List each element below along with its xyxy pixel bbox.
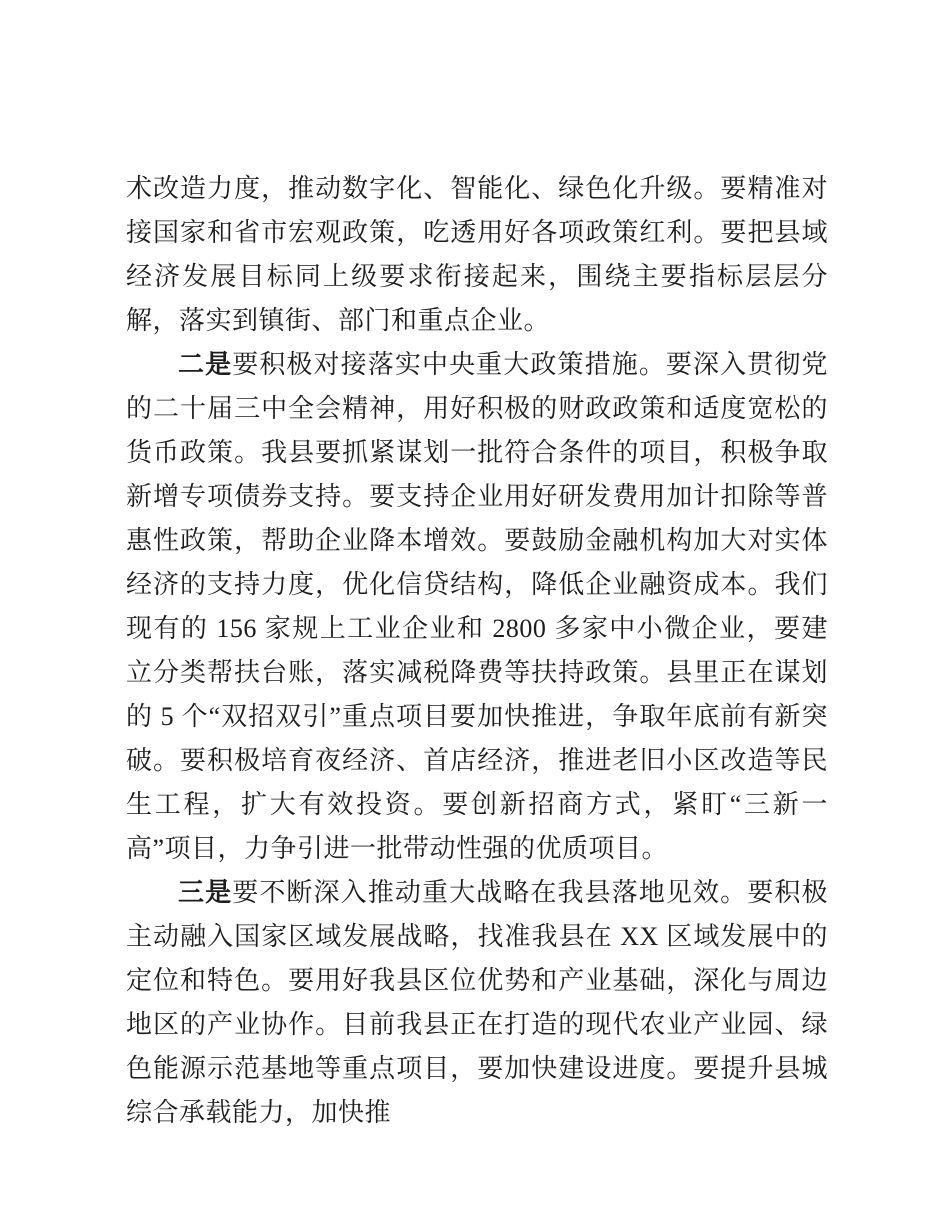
paragraph-text: 要积极对接落实中央重大政策措施。要深入贯彻党的二十届三中全会精神，用好积极的财政… (126, 350, 828, 863)
paragraph-lead-bold: 三是 (178, 878, 232, 907)
paragraph-continuation: 术改造力度，推动数字化、智能化、绿色化升级。要精准对接国家和省市宏观政策，吃透用… (126, 167, 828, 343)
paragraph-text: 术改造力度，推动数字化、智能化、绿色化升级。要精准对接国家和省市宏观政策，吃透用… (126, 174, 828, 335)
document-body: 术改造力度，推动数字化、智能化、绿色化升级。要精准对接国家和省市宏观政策，吃透用… (126, 167, 828, 1135)
paragraph-text: 要不断深入推动重大战略在我县落地见效。要积极主动融入国家区域发展战略，找准我县在… (126, 878, 828, 1127)
paragraph-point-three: 三是要不断深入推动重大战略在我县落地见效。要积极主动融入国家区域发展战略，找准我… (126, 871, 828, 1135)
document-page: 术改造力度，推动数字化、智能化、绿色化升级。要精准对接国家和省市宏观政策，吃透用… (0, 0, 950, 1230)
paragraph-lead-bold: 二是 (178, 350, 232, 379)
paragraph-point-two: 二是要积极对接落实中央重大政策措施。要深入贯彻党的二十届三中全会精神，用好积极的… (126, 343, 828, 871)
